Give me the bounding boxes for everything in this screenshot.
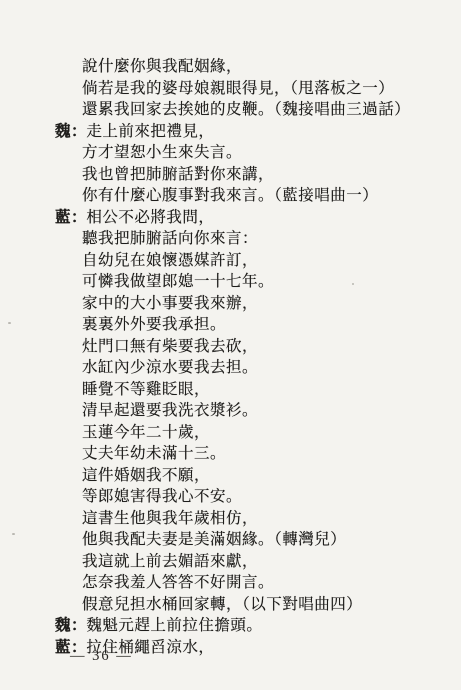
scan-speck — [12, 533, 15, 535]
script-line: 方才望恕小生來失言。 — [0, 142, 461, 164]
script-line: 玉蓮今年二十歲， — [0, 422, 461, 444]
line-text: 還累我回家去挨她的皮鞭。（魏接唱曲三過話） — [82, 101, 410, 118]
script-line: 我也曾把肺腑話對你來講， — [0, 164, 461, 186]
script-line: 藍： 相公不必將我問， — [0, 207, 461, 229]
script-lines: 說什麼你與我配姻緣， 倘若是我的婆母娘親眼得見，（甩落板之一） 還累我回家去挨她… — [0, 56, 461, 658]
line-text: 睡覺不等雞眨眼， — [82, 381, 210, 398]
line-text: 假意兒担水桶回家轉，（以下對唱曲四） — [82, 596, 362, 613]
script-line: 魏： 魏魁元趕上前拉住擔頭。 — [0, 615, 461, 637]
line-text: 等郎媳害得我心不安。 — [82, 488, 242, 505]
line-text: 聽我把肺腑話向你來言： — [82, 230, 258, 247]
script-line: 這件婚姻我不願， — [0, 465, 461, 487]
scanned-page: 說什麼你與我配姻緣， 倘若是我的婆母娘親眼得見，（甩落板之一） 還累我回家去挨她… — [0, 0, 461, 690]
line-text: 玉蓮今年二十歲， — [82, 424, 210, 441]
script-line: 我這就上前去媚語來獻， — [0, 551, 461, 573]
script-line: 說什麼你與我配姻緣， — [0, 56, 461, 78]
script-line: 睡覺不等雞眨眼， — [0, 379, 461, 401]
script-line: 魏： 走上前來把禮見， — [0, 121, 461, 143]
line-text: 走上前來把禮見， — [86, 123, 214, 140]
script-line: 他與我配夫妻是美滿姻緣。（轉灣兒） — [0, 529, 461, 551]
line-text: 丈夫年幼未滿十三。 — [82, 445, 226, 462]
line-text: 倘若是我的婆母娘親眼得見，（甩落板之一） — [82, 80, 394, 97]
line-text: 你有什麼心腹事對我來言。（藍接唱曲一） — [82, 187, 378, 204]
script-line: 聽我把肺腑話向你來言： — [0, 228, 461, 250]
speaker-label: 魏： — [55, 615, 82, 637]
line-text: 清早起還要我洗衣漿衫。 — [82, 402, 258, 419]
line-text: 家中的大小事要我來辦， — [82, 295, 258, 312]
line-text: 我也曾把肺腑話對你來講， — [82, 166, 274, 183]
line-text: 魏魁元趕上前拉住擔頭。 — [86, 617, 262, 634]
speaker-label: 藍： — [55, 207, 82, 229]
script-line: 裏裏外外要我承担。 — [0, 314, 461, 336]
page-number: — 36 — — [70, 648, 133, 665]
speaker-label: 魏： — [55, 121, 82, 143]
line-text: 方才望恕小生來失言。 — [82, 144, 242, 161]
line-text: 水缸內少涼水要我去担。 — [82, 359, 258, 376]
line-text: 我這就上前去媚語來獻， — [82, 553, 258, 570]
line-text: 這件婚姻我不願， — [82, 467, 210, 484]
script-line: 家中的大小事要我來辦， — [0, 293, 461, 315]
script-line: 自幼兒在娘懷憑媒許訂， — [0, 250, 461, 272]
script-line: 倘若是我的婆母娘親眼得見，（甩落板之一） — [0, 78, 461, 100]
line-text: 他與我配夫妻是美滿姻緣。（轉灣兒） — [82, 531, 346, 548]
script-line: 可憐我做望郎媳一十七年。 — [0, 271, 461, 293]
line-text: 可憐我做望郎媳一十七年。 — [82, 273, 274, 290]
line-text: 這書生他與我年歲相仿， — [82, 510, 258, 527]
scan-speck — [352, 283, 354, 285]
line-text: 怎奈我羞人答答不好開言。 — [82, 574, 274, 591]
line-text: 自幼兒在娘懷憑媒許訂， — [82, 252, 258, 269]
line-text: 相公不必將我問， — [86, 209, 214, 226]
line-text: 裏裏外外要我承担。 — [82, 316, 226, 333]
script-line: 假意兒担水桶回家轉，（以下對唱曲四） — [0, 594, 461, 616]
line-text: 灶門口無有柴要我去砍， — [82, 338, 258, 355]
script-line: 還累我回家去挨她的皮鞭。（魏接唱曲三過話） — [0, 99, 461, 121]
script-line: 清早起還要我洗衣漿衫。 — [0, 400, 461, 422]
script-line: 你有什麼心腹事對我來言。（藍接唱曲一） — [0, 185, 461, 207]
line-text: 說什麼你與我配姻緣， — [82, 58, 242, 75]
script-line: 灶門口無有柴要我去砍， — [0, 336, 461, 358]
script-line: 等郎媳害得我心不安。 — [0, 486, 461, 508]
script-line: 丈夫年幼未滿十三。 — [0, 443, 461, 465]
script-line: 水缸內少涼水要我去担。 — [0, 357, 461, 379]
script-line: 怎奈我羞人答答不好開言。 — [0, 572, 461, 594]
scan-speck — [8, 322, 11, 324]
script-line: 這書生他與我年歲相仿， — [0, 508, 461, 530]
